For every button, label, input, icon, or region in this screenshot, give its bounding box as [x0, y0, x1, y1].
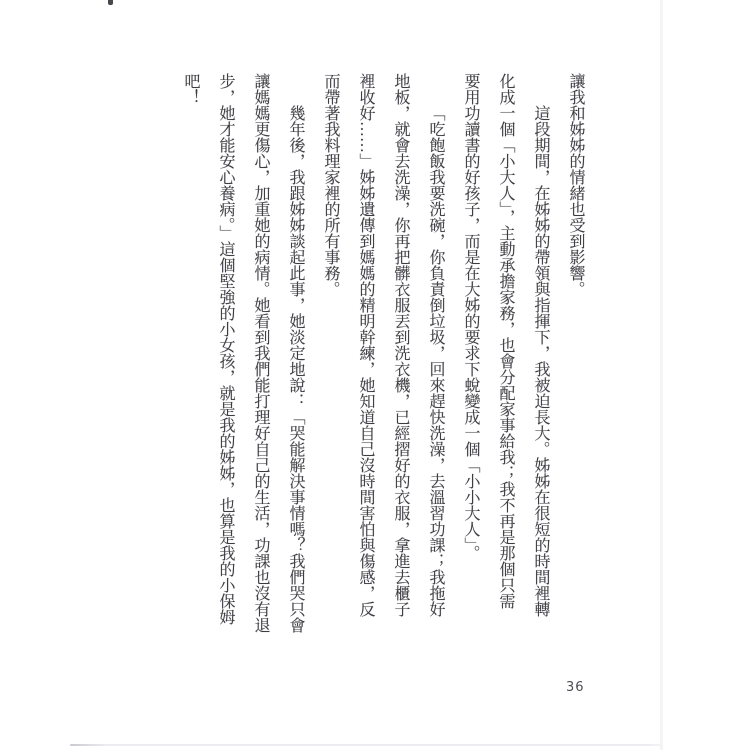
- text-column-1: 讓我和姊姊的情緒也受到影響。: [558, 73, 593, 635]
- page-fold-line: [660, 0, 663, 750]
- text-column-2: 這段期間，在姊姊的帶領與指揮下，我被迫長大。姊姊在很短的時間裡轉: [523, 73, 558, 635]
- text-column-9: 幾年後，我跟姊姊談起此事，她淡定地說：「哭能解決事情嗎？我們哭只會: [278, 73, 313, 635]
- text-column-12: 吧！: [173, 73, 208, 635]
- text-column-7: 裡收好……」姊姊遺傳到媽媽的精明幹練，她知道自己沒時間害怕與傷感，反: [348, 73, 383, 635]
- text-column-5: 「吃飽飯我要洗碗，你負責倒垃圾，回來趕快洗澡，去溫習功課；我拖好: [418, 73, 453, 635]
- scan-speck: [108, 0, 113, 5]
- text-column-3: 化成一個「小大人」，主動承擔家務，也會分配家事給我；我不再是那個只需: [488, 73, 523, 635]
- text-column-6: 地板，就會去洗澡，你再把髒衣服丟到洗衣機，已經摺好的衣服，拿進去櫃子: [383, 73, 418, 635]
- page-number: 36: [566, 680, 585, 695]
- page-bottom-edge: [70, 744, 663, 746]
- vertical-text-block: 讓我和姊姊的情緒也受到影響。 這段期間，在姊姊的帶領與指揮下，我被迫長大。姊姊在…: [173, 73, 593, 635]
- text-column-8: 而帶著我料理家裡的所有事務。: [313, 73, 348, 635]
- text-column-4: 要用功讀書的好孩子，而是在大姊的要求下蛻變成一個「小小大人」。: [453, 73, 488, 635]
- text-column-10: 讓媽媽更傷心，加重她的病情。她看到我們能打理好自己的生活，功課也沒有退: [243, 73, 278, 635]
- book-page: 讓我和姊姊的情緒也受到影響。 這段期間，在姊姊的帶領與指揮下，我被迫長大。姊姊在…: [0, 0, 750, 750]
- text-column-11: 步，她才能安心養病。」這個堅強的小女孩，就是我的姊姊，也算是我的小保姆: [208, 73, 243, 635]
